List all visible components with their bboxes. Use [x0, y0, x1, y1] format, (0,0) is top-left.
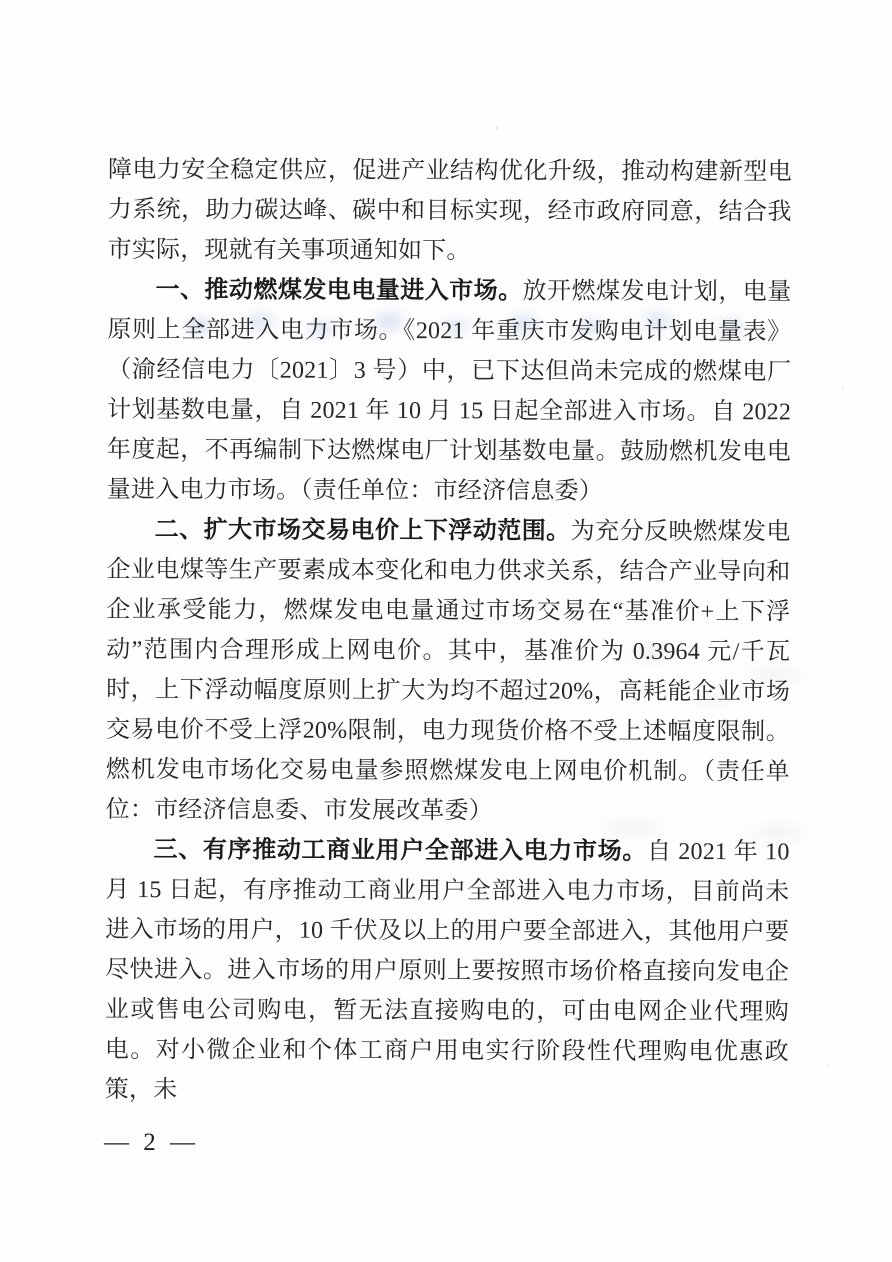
paragraph-continuation: 障电力安全稳定供应，促进产业结构优化升级，推动构建新型电力系统，助力碳达峰、碳中…: [108, 150, 792, 272]
section-1-heading: 一、推动燃煤发电电量进入市场。: [155, 276, 522, 304]
paragraph-text: 自 2021 年 10 月 15 日起，有序推动工商业用户全部进入电力市场，目前…: [105, 839, 790, 1103]
paragraph-section-2: 二、扩大市场交易电价上下浮动范围。为充分反映燃煤发电企业电煤等生产要素成本变化和…: [106, 510, 791, 832]
page-number: — 2 —: [104, 1126, 199, 1160]
paragraph-section-3: 三、有序推动工商业用户全部进入电力市场。自 2021 年 10 月 15 日起，…: [105, 830, 790, 1112]
section-3-heading: 三、有序推动工商业用户全部进入电力市场。: [154, 836, 648, 865]
scanned-document-page: 障电力安全稳定供应，促进产业结构优化升级，推动构建新型电力系统，助力碳达峰、碳中…: [0, 0, 892, 1262]
paragraph-text: 障电力安全稳定供应，促进产业结构优化升级，推动构建新型电力系统，助力碳达峰、碳中…: [108, 157, 792, 264]
section-2-heading: 二、扩大市场交易电价上下浮动范围。: [155, 516, 571, 544]
paragraph-section-1: 一、推动燃煤发电电量进入市场。放开燃煤发电计划，电量原则上全部进入电力市场。《2…: [107, 270, 792, 512]
document-body: 障电力安全稳定供应，促进产业结构优化升级，推动构建新型电力系统，助力碳达峰、碳中…: [105, 150, 792, 1112]
paragraph-text: 放开燃煤发电计划，电量原则上全部进入电力市场。《2021 年重庆市发购电计划电量…: [107, 278, 792, 504]
paragraph-text: 为充分反映燃煤发电企业电煤等生产要素成本变化和电力供求关系，结合产业导向和企业承…: [106, 519, 791, 825]
